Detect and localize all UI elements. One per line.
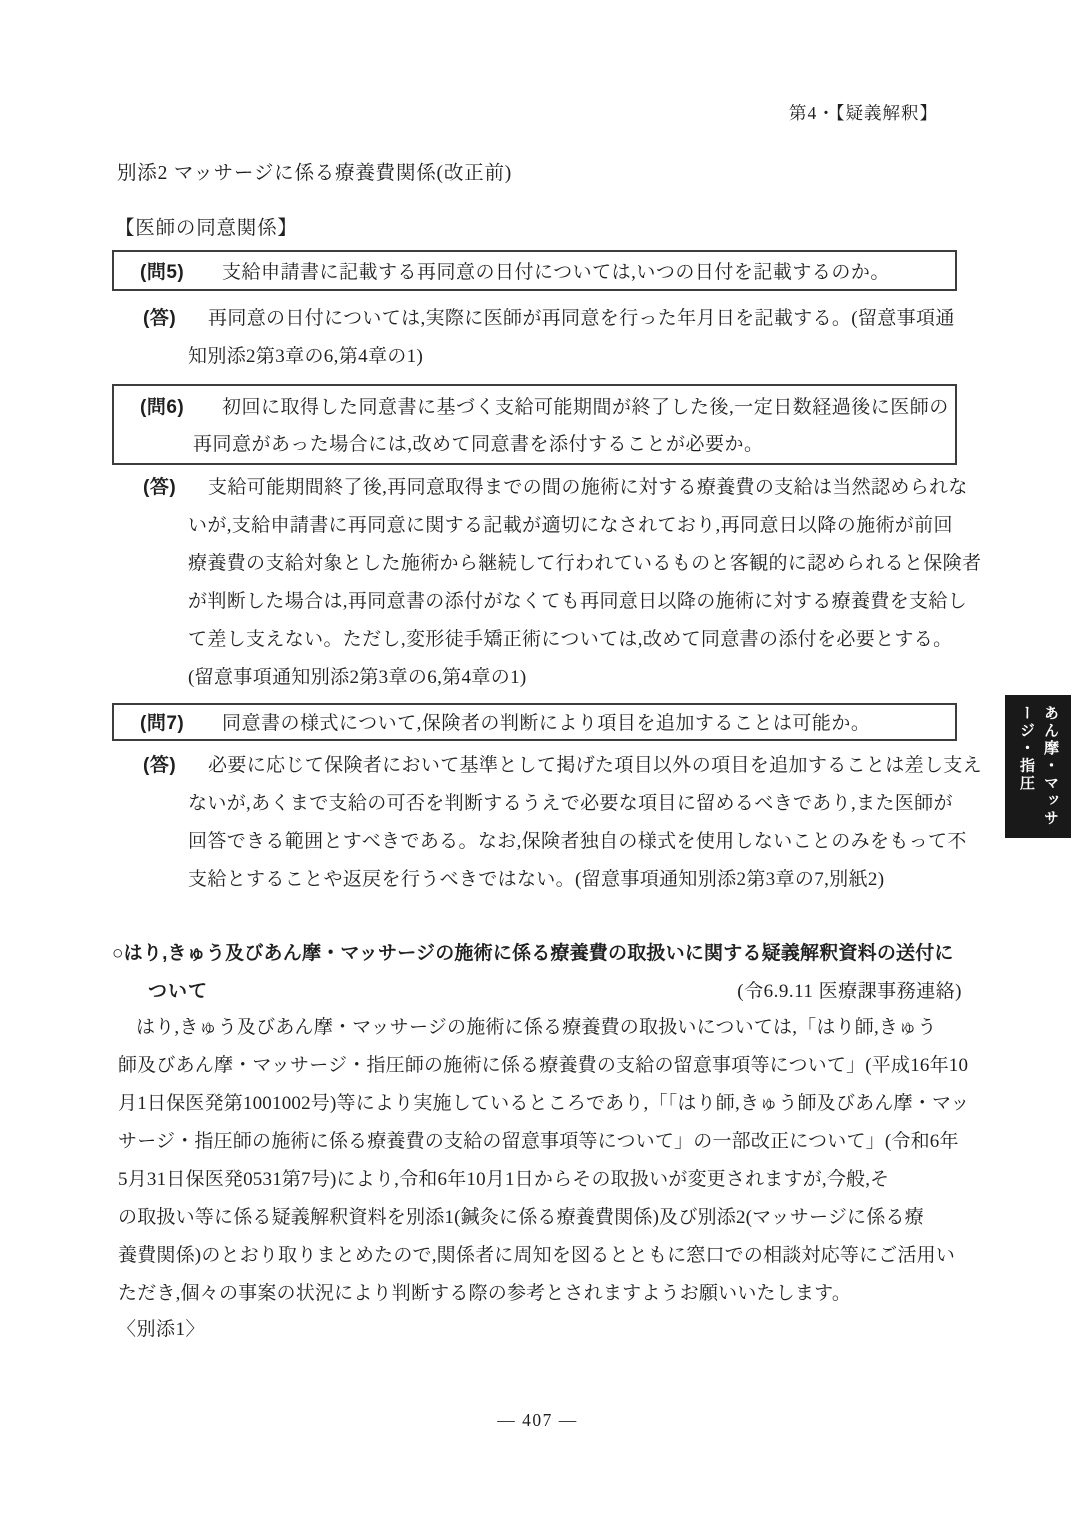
question-label-q7: (問7) [140, 705, 184, 742]
question-text-q6: 初回に取得した同意書に基づく支給可能期間が終了した後,一定日数経過後に医師の再同… [193, 389, 955, 463]
answer-label-q6: (答) [143, 469, 176, 507]
page-number: ― 407 ― [0, 1410, 1075, 1431]
side-tab-anma-massage-shiatsu: あん摩・マッサ ージ・指圧 [1005, 695, 1071, 838]
side-tab-line2: ージ・指圧 [1014, 705, 1038, 838]
document-page: { "page": { "header_right": "第4・【疑義解釈】",… [0, 0, 1075, 1519]
answer-label-q7: (答) [143, 747, 176, 785]
question-text-q5: 支給申請書に記載する再同意の日付については,いつの日付を記載するのか。 [193, 254, 955, 291]
notice-body: はり,きゅう及びあん摩・マッサージの施術に係る療養費の取扱いについては,「はり師… [118, 1009, 962, 1313]
question-text-q7: 同意書の様式について,保険者の判断により項目を追加することは可能か。 [193, 705, 955, 742]
section-title: 【医師の同意関係】 [115, 212, 298, 240]
answer-text-q6: 支給可能期間終了後,再同意取得までの間の施術に対する療養費の支給は当然認められな… [188, 469, 962, 697]
question-label-q6: (問6) [140, 389, 184, 426]
answer-label-q5: (答) [143, 300, 176, 338]
question-label-q5: (問5) [140, 254, 184, 291]
notice-heading: ○はり,きゅう及びあん摩・マッサージの施術に係る療養費の取扱いに関する疑義解釈資… [112, 935, 962, 1011]
notice-date: (令6.9.11 医療課事務連絡) [737, 973, 962, 1011]
side-tab-line1: あん摩・マッサ [1038, 705, 1062, 838]
answer-q6: (答) 支給可能期間終了後,再同意取得までの間の施術に対する療養費の支給は当然認… [118, 469, 962, 697]
answer-q5: (答) 再同意の日付については,実際に医師が再同意を行った年月日を記載する。(留… [118, 300, 962, 376]
question-box-q6: (問6) 初回に取得した同意書に基づく支給可能期間が終了した後,一定日数経過後に… [112, 384, 957, 465]
attachment-note: 〈別添1〉 [117, 1314, 205, 1341]
page-header-label: 第4・【疑義解釈】 [789, 100, 938, 125]
answer-text-q5: 再同意の日付については,実際に医師が再同意を行った年月日を記載する。(留意事項通… [188, 300, 962, 376]
attachment-title: 別添2 マッサージに係る療養費関係(改正前) [117, 157, 512, 185]
question-box-q5: (問5) 支給申請書に記載する再同意の日付については,いつの日付を記載するのか。 [112, 250, 957, 291]
notice-heading-line1: ○はり,きゅう及びあん摩・マッサージの施術に係る療養費の取扱いに関する疑義解釈資… [112, 935, 962, 973]
notice-heading-continuation: ついて [148, 973, 208, 1011]
answer-text-q7: 必要に応じて保険者において基準として掲げた項目以外の項目を追加することは差し支え… [188, 747, 962, 899]
question-box-q7: (問7) 同意書の様式について,保険者の判断により項目を追加することは可能か。 [112, 703, 957, 741]
answer-q7: (答) 必要に応じて保険者において基準として掲げた項目以外の項目を追加することは… [118, 747, 962, 899]
